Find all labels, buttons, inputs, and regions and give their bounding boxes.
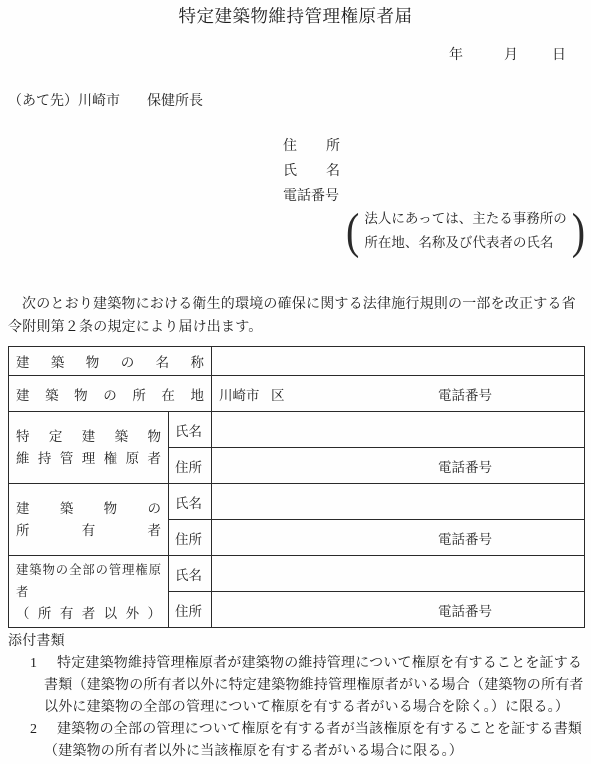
addressee-line: （あて先）川崎市保健所長 <box>8 90 203 110</box>
attachments-section: 添付書類 1特定建築物維持管理権原者が建築物の維持管理について権原を有することを… <box>8 631 586 763</box>
attachment-item-2-cont: （建築物の所有者以外に当該権原を有する者がいる場合に限る。） <box>8 741 586 763</box>
name-sublabel: 氏名 <box>169 484 212 520</box>
city-label: 川崎市 <box>219 384 260 404</box>
item-number: 1 <box>30 653 57 675</box>
row-maintenance-authority-name: 特定建築物 維持管理権原者 氏名 <box>9 412 585 448</box>
intro-line1: 次のとおり建築物における衛生的環境の確保に関する法律施行規則の一部を改正する省 <box>8 294 586 317</box>
address-sublabel: 住所 <box>169 448 212 484</box>
building-address-value-cell: 川崎市 区 電話番号 <box>212 376 585 412</box>
phone-label: 電話番号 <box>438 384 492 404</box>
group-label-line: 特定建築物 <box>16 426 161 448</box>
owner-name-cell <box>212 484 585 520</box>
corporate-note-line1: 法人にあっては、主たる事務所の <box>364 207 566 231</box>
corporate-note: ( 法人にあっては、主たる事務所の 所在地、名称及び代表者の氏名 ) <box>346 207 585 255</box>
group-label-line: 所有者 <box>16 520 161 542</box>
phone-label: 電話番号 <box>438 528 492 548</box>
group-label-line: 建築物の <box>16 498 161 520</box>
sender-address-row: 住所 <box>283 134 340 159</box>
building-name-label: 建築物の名称 <box>9 347 212 376</box>
sender-block: 住所 氏名 電話番号 <box>283 134 340 209</box>
open-paren: ( <box>346 201 359 261</box>
month-label: 月 <box>504 48 518 63</box>
ward-label: 区 <box>271 384 285 404</box>
sender-phone-label: 電話番号 <box>283 189 339 204</box>
addressee-city: （あて先）川崎市 <box>8 94 120 109</box>
item-text: 特定建築物維持管理権原者が建築物の維持管理について権原を有することを証する <box>57 653 582 675</box>
attachment-item-1: 1特定建築物維持管理権原者が建築物の維持管理について権原を有することを証する <box>8 653 586 675</box>
attachment-item-1-cont: 以外に建築物の全部の管理について権原を有する者がいる場合を除く。）に限る。） <box>8 697 586 719</box>
attachments-heading: 添付書類 <box>8 631 586 653</box>
intro-line2: 令附則第２条の規定により届け出ます。 <box>8 317 586 340</box>
corporate-note-text: 法人にあっては、主たる事務所の 所在地、名称及び代表者の氏名 <box>364 207 566 255</box>
row-building-name: 建築物の名称 <box>9 347 585 376</box>
maintenance-authority-group-label: 特定建築物 維持管理権原者 <box>9 412 169 484</box>
year-label: 年 <box>449 48 463 63</box>
whole-building-manager-name-cell <box>212 556 585 592</box>
whole-building-manager-address-cell: 電話番号 <box>212 592 585 628</box>
whole-building-manager-group-label: 建築物の全部の管理権原者 （所有者以外） <box>9 556 169 628</box>
attachment-item-1-cont: 書類（建築物の所有者以外に特定建築物維持管理権原者がいる場合（建築物の所有者 <box>8 675 586 697</box>
owner-group-label: 建築物の 所有者 <box>9 484 169 556</box>
close-paren: ) <box>572 201 585 261</box>
name-sublabel: 氏名 <box>169 412 212 448</box>
attachment-item-2: 2建築物の全部の管理について権原を有する者が当該権原を有することを証する書類 <box>8 719 586 741</box>
building-address-label: 建築物の所在地 <box>9 376 212 412</box>
form-page: 特定建築物維持管理権原者届 年月日 （あて先）川崎市保健所長 住所 氏名 電話番… <box>0 0 591 764</box>
row-building-address: 建築物の所在地 川崎市 区 電話番号 <box>9 376 585 412</box>
sender-address-label: 住所 <box>283 134 340 159</box>
group-label-line: 建築物の全部の管理権原者 <box>16 559 161 603</box>
name-sublabel: 氏名 <box>169 556 212 592</box>
sender-phone-row: 電話番号 <box>283 184 340 209</box>
sender-name-row: 氏名 <box>283 159 340 184</box>
group-label-line: 維持管理権原者 <box>16 448 161 470</box>
building-name-value-cell <box>212 347 585 376</box>
intro-paragraph: 次のとおり建築物における衛生的環境の確保に関する法律施行規則の一部を改正する省 … <box>8 294 586 339</box>
item-text: 建築物の全部の管理について権原を有する者が当該権原を有することを証する書類 <box>57 719 582 741</box>
owner-address-cell: 電話番号 <box>212 520 585 556</box>
corporate-note-line2: 所在地、名称及び代表者の氏名 <box>364 231 566 255</box>
date-line: 年月日 <box>449 44 566 64</box>
address-sublabel: 住所 <box>169 592 212 628</box>
addressee-office: 保健所長 <box>147 94 203 109</box>
phone-label: 電話番号 <box>438 456 492 476</box>
address-sublabel: 住所 <box>169 520 212 556</box>
maintenance-authority-name-cell <box>212 412 585 448</box>
day-label: 日 <box>552 48 566 63</box>
form-title: 特定建築物維持管理権原者届 <box>0 3 591 28</box>
group-label-line: （所有者以外） <box>16 603 161 625</box>
form-table: 建築物の名称 建築物の所在地 川崎市 区 電話番号 特定建築物 維持管理権原者 … <box>8 346 585 628</box>
item-number: 2 <box>30 719 57 741</box>
row-owner-name: 建築物の 所有者 氏名 <box>9 484 585 520</box>
sender-name-label: 氏名 <box>283 159 340 184</box>
phone-label: 電話番号 <box>438 600 492 620</box>
row-whole-building-manager-name: 建築物の全部の管理権原者 （所有者以外） 氏名 <box>9 556 585 592</box>
maintenance-authority-address-cell: 電話番号 <box>212 448 585 484</box>
